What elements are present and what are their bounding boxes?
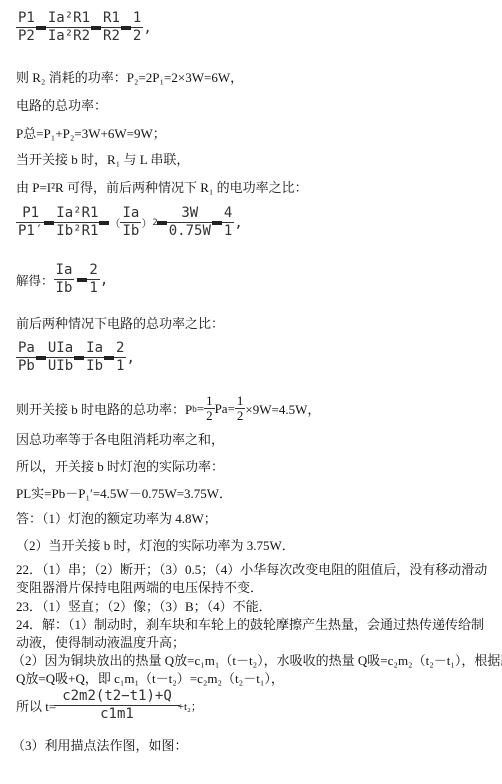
equation-t-solution: 所以 t= c2m2(t2−t1)+Qc1m1 +t₂；: [16, 688, 202, 723]
equation-ia-ib-solution: 解得： IaIb 21 ,: [16, 262, 108, 297]
text-actual-power-equation: PL实=Pb－P₁′=4.5W－0.75W=3.75W．: [16, 486, 232, 502]
equation-pb-total-power: 则开关接 b 时电路的总功率：Pb= 12 Pa= 12 ×9W=4.5W，: [16, 394, 320, 423]
equals-sign: [36, 26, 46, 30]
text-p-i2r-ratio: 由 P=I²R 可得，前后两种情况下 R₁ 的电功率之比：: [16, 180, 308, 196]
text-question-24-part-1: 24．解：（1）制动时，刹车块和车轮上的鼓轮摩擦产生热量，会通过热传递传给制动液…: [16, 616, 490, 652]
equals-sign: [104, 356, 114, 360]
equals-sign: [91, 26, 101, 30]
text-total-power-ratio: 前后两种情况下电路的总功率之比：: [16, 316, 224, 332]
equals-sign: [44, 221, 54, 225]
text-r2-power: 则 R₂ 消耗的功率：P₂=2P₁=2×3W=6W，: [16, 70, 243, 86]
equation-pa-pb-ratio: PaPb UIaUIb IaIb 21 ,: [16, 340, 135, 375]
text-question-23: 23．（1）竖直；（2）像；（3）B；（4）不能．: [16, 598, 272, 616]
equation-p1-p2-ratio: P1P2 Ia²R1Ia²R2 R1R2 12 ,: [16, 10, 152, 45]
equals-sign: [121, 26, 131, 30]
text-question-24-part-3: （3）利用描点法作图，如图：: [12, 738, 188, 754]
text-question-22: 22．（1）串；（2）断开；（3）0.5；（4）小华每次改变电阻的阻值后，没有移…: [16, 561, 490, 597]
equation-p1-p1prime-ratio: P1P1′ Ia²R1Ib²R1 （ IaIb ） 2 3W0.75W 41 ,: [16, 205, 243, 240]
text-question-24-part-2: （2）因为铜块放出的热量 Q放=c₁m₁（t－t₂），水吸收的热量 Q吸=c₂m…: [12, 652, 502, 670]
equals-sign: [36, 356, 46, 360]
text-answer-2: （2）当开关接 b 时，灯泡的实际功率为 3.75W．: [16, 538, 295, 554]
equals-sign: [74, 356, 84, 360]
text-actual-power-label: 所以，开关接 b 时灯泡的实际功率：: [16, 459, 224, 475]
text-total-power-equation: P总=P₁+P₂=3W+6W=9W；: [16, 126, 166, 142]
text-total-power-label: 电路的总功率：: [16, 98, 107, 114]
text-question-24-heat-balance: Q放=Q吸+Q，即 c₁m₁（t－t₂）=c₂m₂（t₂－t₁），: [16, 670, 284, 688]
equals-sign: [212, 221, 222, 225]
text-switch-b-series: 当开关接 b 时，R₁ 与 L 串联，: [16, 152, 189, 168]
text-answer-1: 答：（1）灯泡的额定功率为 4.8W；: [16, 511, 217, 527]
equals-sign: [99, 221, 109, 225]
text-sum-of-powers: 因总功率等于各电阻消耗功率之和，: [16, 432, 224, 448]
equals-sign: [77, 278, 87, 282]
equals-sign: [157, 221, 167, 225]
